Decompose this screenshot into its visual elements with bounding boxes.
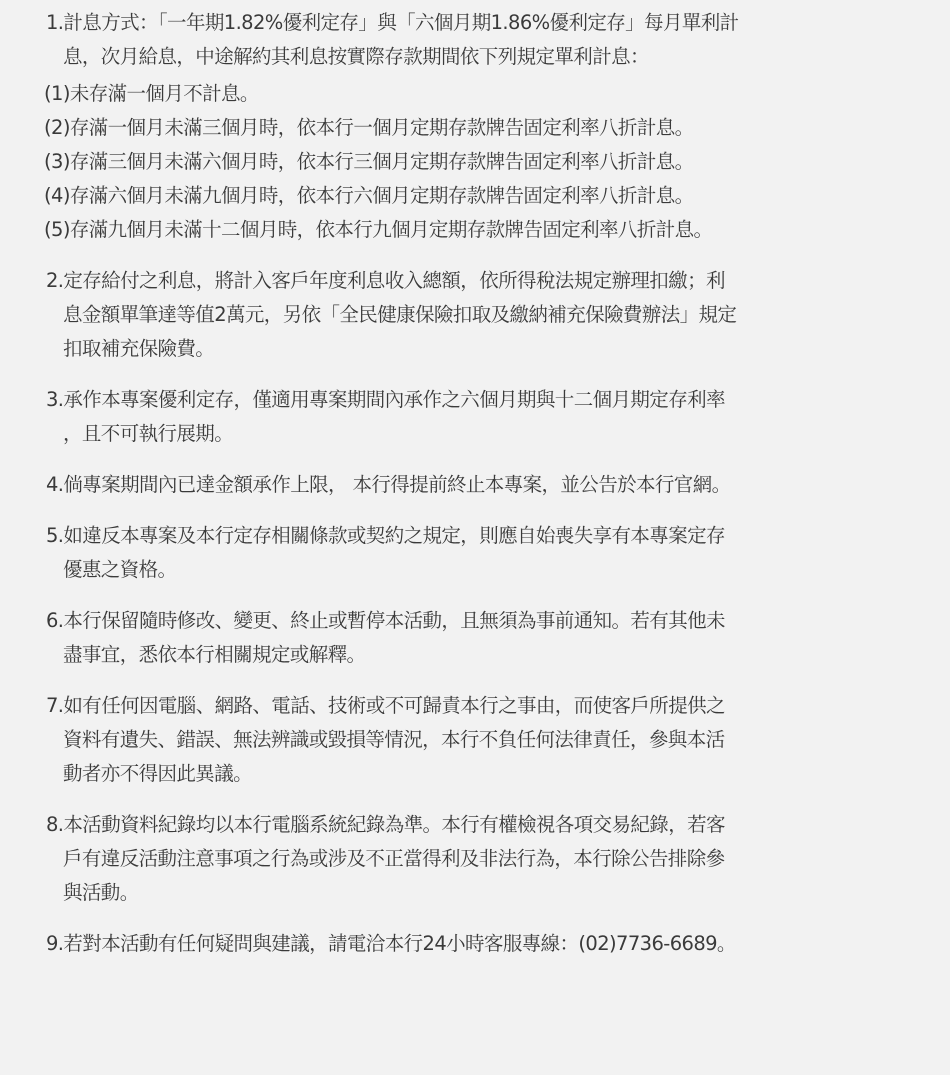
note-line: 扣取補充保險費。	[46, 332, 916, 366]
note-number: 9.	[46, 932, 63, 955]
sub-item-3: (3)存滿三個月未滿六個月時，依本行三個月定期存款牌告固定利率八折計息。	[44, 145, 916, 179]
note-line: 6.本行保留隨時修改、變更、終止或暫停本活動，且無須為事前通知。若有其他未	[46, 604, 916, 638]
note-item-4: 4.倘專案期間內已達金額承作上限， 本行得提前終止本專案，並公告於本行官網。	[46, 468, 916, 502]
note-line: 資料有遺失、錯誤、無法辨識或毀損等情況，本行不負任何法律責任，參與本活	[46, 723, 916, 757]
note-line: ，且不可執行展期。	[46, 417, 916, 451]
note-item-2: 2.定存給付之利息，將計入客戶年度利息收入總額，依所得稅法規定辦理扣繳；利 息金…	[46, 264, 916, 366]
note-item-8: 8.本活動資料紀錄均以本行電腦系統紀錄為準。本行有權檢視各項交易紀錄，若客 戶有…	[46, 808, 916, 910]
note-line: 與活動。	[46, 876, 916, 910]
note-line: 5.如違反本專案及本行定存相關條款或契約之規定，則應自始喪失享有本專案定存	[46, 519, 916, 553]
note-line: 2.定存給付之利息，將計入客戶年度利息收入總額，依所得稅法規定辦理扣繳；利	[46, 264, 916, 298]
customer-service-line: 若對本活動有任何疑問與建議，請電洽本行24小時客服專線：(02)7736-668…	[63, 932, 735, 955]
interest-rules-sublist: (1)未存滿一個月不計息。 (2)存滿一個月未滿三個月時，依本行一個月定期存款牌…	[44, 77, 916, 247]
note-number: 2.	[46, 269, 63, 292]
note-number: 6.	[46, 609, 63, 632]
terms-notes-list: 1.計息方式：「一年期1.82%優利定存」與「六個月期1.86%優利定存」每月單…	[0, 0, 916, 961]
note-item-3: 3.承作本專案優利定存，僅適用專案期間內承作之六個月期與十二個月期定存利率 ，且…	[46, 383, 916, 451]
note-line: 7.如有任何因電腦、網路、電話、技術或不可歸責本行之事由，而使客戶所提供之	[46, 689, 916, 723]
note-number: 5.	[46, 524, 63, 547]
note-number: 7.	[46, 694, 63, 717]
sub-item-2: (2)存滿一個月未滿三個月時，依本行一個月定期存款牌告固定利率八折計息。	[44, 111, 916, 145]
note-item-9: 9.若對本活動有任何疑問與建議，請電洽本行24小時客服專線：(02)7736-6…	[46, 927, 916, 961]
note-item-6: 6.本行保留隨時修改、變更、終止或暫停本活動，且無須為事前通知。若有其他未 盡事…	[46, 604, 916, 672]
note-number: 4.	[46, 473, 63, 496]
note-line: 3.承作本專案優利定存，僅適用專案期間內承作之六個月期與十二個月期定存利率	[46, 383, 916, 417]
note-line: 8.本活動資料紀錄均以本行電腦系統紀錄為準。本行有權檢視各項交易紀錄，若客	[46, 808, 916, 842]
note-line: 動者亦不得因此異議。	[46, 757, 916, 791]
note-line: 9.若對本活動有任何疑問與建議，請電洽本行24小時客服專線：(02)7736-6…	[46, 927, 916, 961]
note-line: 息金額單筆達等值2萬元，另依「全民健康保險扣取及繳納補充保險費辦法」規定	[46, 298, 916, 332]
sub-item-4: (4)存滿六個月未滿九個月時，依本行六個月定期存款牌告固定利率八折計息。	[44, 179, 916, 213]
sub-item-1: (1)未存滿一個月不計息。	[44, 77, 916, 111]
note-line: 4.倘專案期間內已達金額承作上限， 本行得提前終止本專案，並公告於本行官網。	[46, 468, 916, 502]
note-line: 1.計息方式：「一年期1.82%優利定存」與「六個月期1.86%優利定存」每月單…	[46, 6, 916, 40]
note-line: 息，次月給息，中途解約其利息按實際存款期間依下列規定單利計息：	[46, 40, 916, 74]
note-number: 1.	[46, 11, 63, 34]
note-line: 戶有違反活動注意事項之行為或涉及不正當得利及非法行為，本行除公告排除參	[46, 842, 916, 876]
note-number: 3.	[46, 388, 63, 411]
note-line: 優惠之資格。	[46, 553, 916, 587]
sub-item-5: (5)存滿九個月未滿十二個月時，依本行九個月定期存款牌告固定利率八折計息。	[44, 213, 916, 247]
note-line: 盡事宜，悉依本行相關規定或解釋。	[46, 638, 916, 672]
note-item-7: 7.如有任何因電腦、網路、電話、技術或不可歸責本行之事由，而使客戶所提供之 資料…	[46, 689, 916, 791]
note-item-1: 1.計息方式：「一年期1.82%優利定存」與「六個月期1.86%優利定存」每月單…	[46, 6, 916, 247]
note-number: 8.	[46, 813, 63, 836]
note-item-5: 5.如違反本專案及本行定存相關條款或契約之規定，則應自始喪失享有本專案定存 優惠…	[46, 519, 916, 587]
